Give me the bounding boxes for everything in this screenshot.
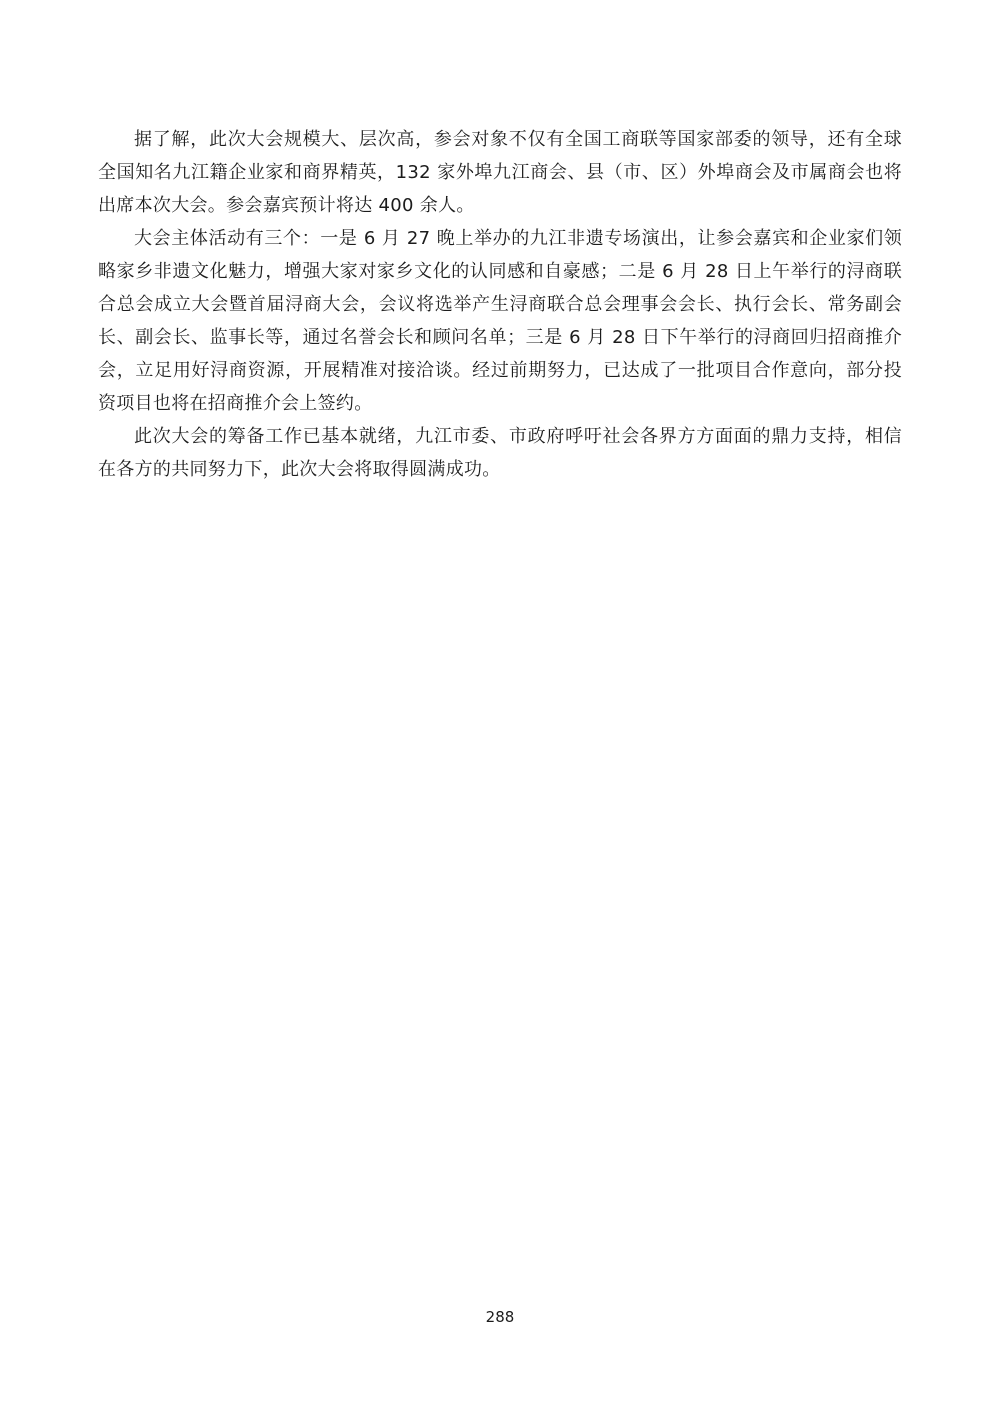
document-body: 据了解，此次大会规模大、层次高，参会对象不仅有全国工商联等国家部委的领导，还有全… bbox=[98, 123, 902, 486]
page-number: 288 bbox=[0, 1306, 1000, 1328]
paragraph-main-activities: 大会主体活动有三个：一是 6 月 27 晚上举办的九江非遗专场演出，让参会嘉宾和… bbox=[98, 222, 902, 420]
paragraph-closing: 此次大会的筹备工作已基本就绪，九江市委、市政府呼吁社会各界方方面面的鼎力支持，相… bbox=[98, 420, 902, 486]
paragraph-overview: 据了解，此次大会规模大、层次高，参会对象不仅有全国工商联等国家部委的领导，还有全… bbox=[98, 123, 902, 222]
document-page: 据了解，此次大会规模大、层次高，参会对象不仅有全国工商联等国家部委的领导，还有全… bbox=[0, 0, 1000, 1414]
